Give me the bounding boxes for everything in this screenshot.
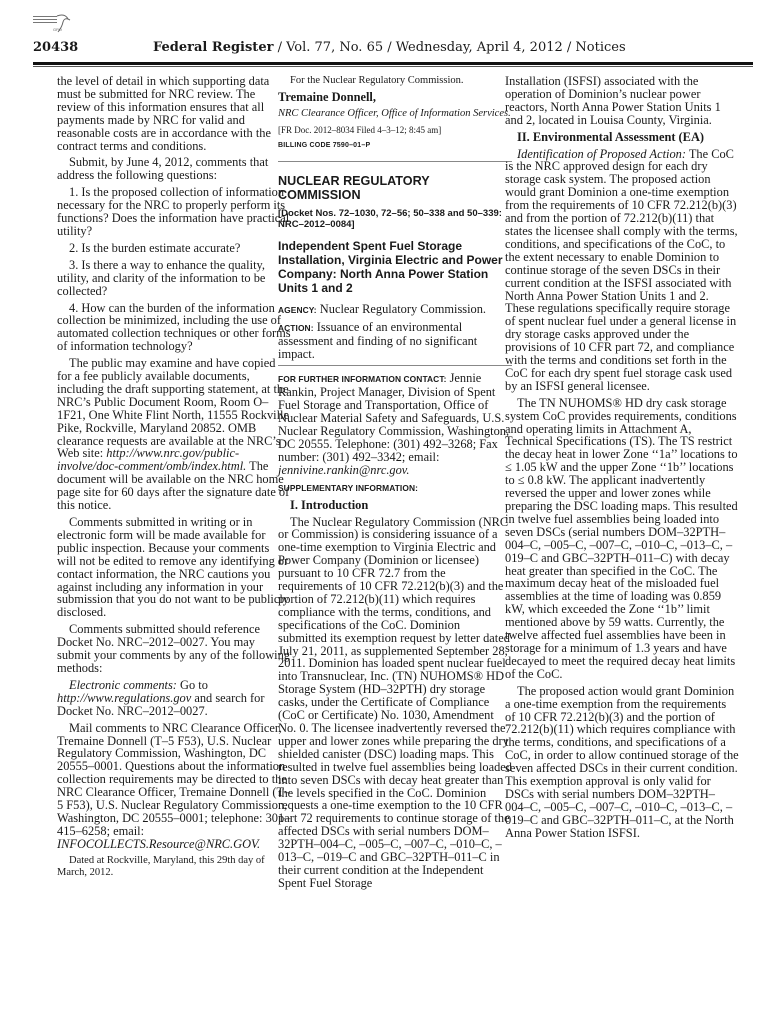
text: The CoC is the NRC approved design for e… xyxy=(505,147,738,393)
page-number: 20438 xyxy=(33,40,78,55)
gpo-label: GPO xyxy=(53,27,62,32)
paragraph: Comments submitted in writing or in elec… xyxy=(57,516,291,619)
action-line: ACTION: Issuance of an environmental ass… xyxy=(278,321,512,361)
question-2: 2. Is the burden estimate accurate? xyxy=(57,242,291,255)
text: The public may examine and have copied f… xyxy=(57,356,289,460)
supplementary-label: SUPPLEMENTARY INFORMATION: xyxy=(278,483,418,493)
signer-title-text: NRC Clearance Officer, Office of Informa… xyxy=(278,108,511,119)
header-rule-thick xyxy=(33,62,753,65)
header-rule-thin xyxy=(33,66,753,67)
publication-title: Federal Register xyxy=(153,40,273,55)
text: Go to xyxy=(177,678,208,692)
paragraph: Comments submitted should reference Dock… xyxy=(57,623,291,675)
text: Mail comments to NRC Clearance Officer, … xyxy=(57,721,290,838)
document-title: Independent Spent Fuel Storage Installat… xyxy=(278,239,512,295)
column-2: For the Nuclear Regulatory Commission. T… xyxy=(278,75,512,894)
action-label: ACTION: xyxy=(278,323,314,333)
signer-title: NRC Clearance Officer, Office of Informa… xyxy=(278,108,512,120)
page-header: 20438 Federal Register / Vol. 77, No. 65… xyxy=(33,40,753,60)
section-separator xyxy=(278,365,512,366)
contact-email-link[interactable]: jennivine.rankin@nrc.gov. xyxy=(278,463,409,477)
agency-title: NUCLEAR REGULATORY COMMISSION xyxy=(278,174,512,202)
column-3: Installation (ISFSI) associated with the… xyxy=(505,75,739,844)
dated-line: Dated at Rockville, Maryland, this 29th … xyxy=(57,855,291,879)
agency-line: AGENCY: Nuclear Regulatory Commission. xyxy=(278,303,512,317)
question-1: 1. Is the proposed collection of informa… xyxy=(57,186,291,238)
regulations-link[interactable]: http://www.regulations.gov xyxy=(57,691,191,705)
run-in-label: Electronic comments: xyxy=(69,678,177,692)
paragraph: the level of detail in which supporting … xyxy=(57,75,291,152)
agency-value: Nuclear Regulatory Commission. xyxy=(317,302,486,316)
contact-label: FOR FURTHER INFORMATION CONTACT: xyxy=(278,374,447,384)
paragraph: Electronic comments: Go to http://www.re… xyxy=(57,679,291,718)
paragraph: The public may examine and have copied f… xyxy=(57,357,291,512)
federal-register-page: GPO 20438 Federal Register / Vol. 77, No… xyxy=(0,0,770,1024)
signer-name: Tremaine Donnell, xyxy=(278,91,512,104)
introduction-heading: I. Introduction xyxy=(278,499,512,512)
running-head: Federal Register / Vol. 77, No. 65 / Wed… xyxy=(153,40,626,55)
docket-numbers: [Docket Nos. 72–1030, 72–56; 50–338 and … xyxy=(278,208,512,231)
infocollects-email-link[interactable]: INFOCOLLECTS.Resource@NRC.GOV. xyxy=(57,837,260,851)
logo-text-lines xyxy=(33,16,57,25)
column-1: the level of detail in which supporting … xyxy=(57,75,291,883)
supplementary-heading: SUPPLEMENTARY INFORMATION: xyxy=(278,481,512,495)
paragraph: Identification of Proposed Action: The C… xyxy=(505,148,739,393)
gpo-authenticated-logo: GPO xyxy=(33,14,73,34)
fr-doc: [FR Doc. 2012–8034 Filed 4–3–12; 8:45 am… xyxy=(278,124,512,136)
paragraph: Installation (ISFSI) associated with the… xyxy=(505,75,739,127)
question-4: 4. How can the burden of the information… xyxy=(57,302,291,354)
issue-info: / Vol. 77, No. 65 / Wednesday, April 4, … xyxy=(273,40,625,55)
paragraph: Submit, by June 4, 2012, comments that a… xyxy=(57,156,291,182)
for-commission: For the Nuclear Regulatory Commission. xyxy=(278,75,512,87)
document-separator xyxy=(278,161,512,162)
paragraph: Mail comments to NRC Clearance Officer, … xyxy=(57,722,291,851)
run-in-label: Identification of Proposed Action: xyxy=(517,147,686,161)
introduction-paragraph: The Nuclear Regulatory Commission (NRC o… xyxy=(278,516,512,890)
question-3: 3. Is there a way to enhance the quality… xyxy=(57,259,291,298)
billing-code: BILLING CODE 7590–01–P xyxy=(278,140,512,153)
paragraph: The proposed action would grant Dominion… xyxy=(505,685,739,840)
agency-label: AGENCY: xyxy=(278,305,317,315)
contact-text: Jennie Rankin, Project Manager, Division… xyxy=(278,371,509,463)
paragraph: The TN NUHOMS® HD dry cask storage syste… xyxy=(505,397,739,681)
contact-block: FOR FURTHER INFORMATION CONTACT: Jennie … xyxy=(278,372,512,476)
ea-heading: II. Environmental Assessment (EA) xyxy=(505,131,739,144)
